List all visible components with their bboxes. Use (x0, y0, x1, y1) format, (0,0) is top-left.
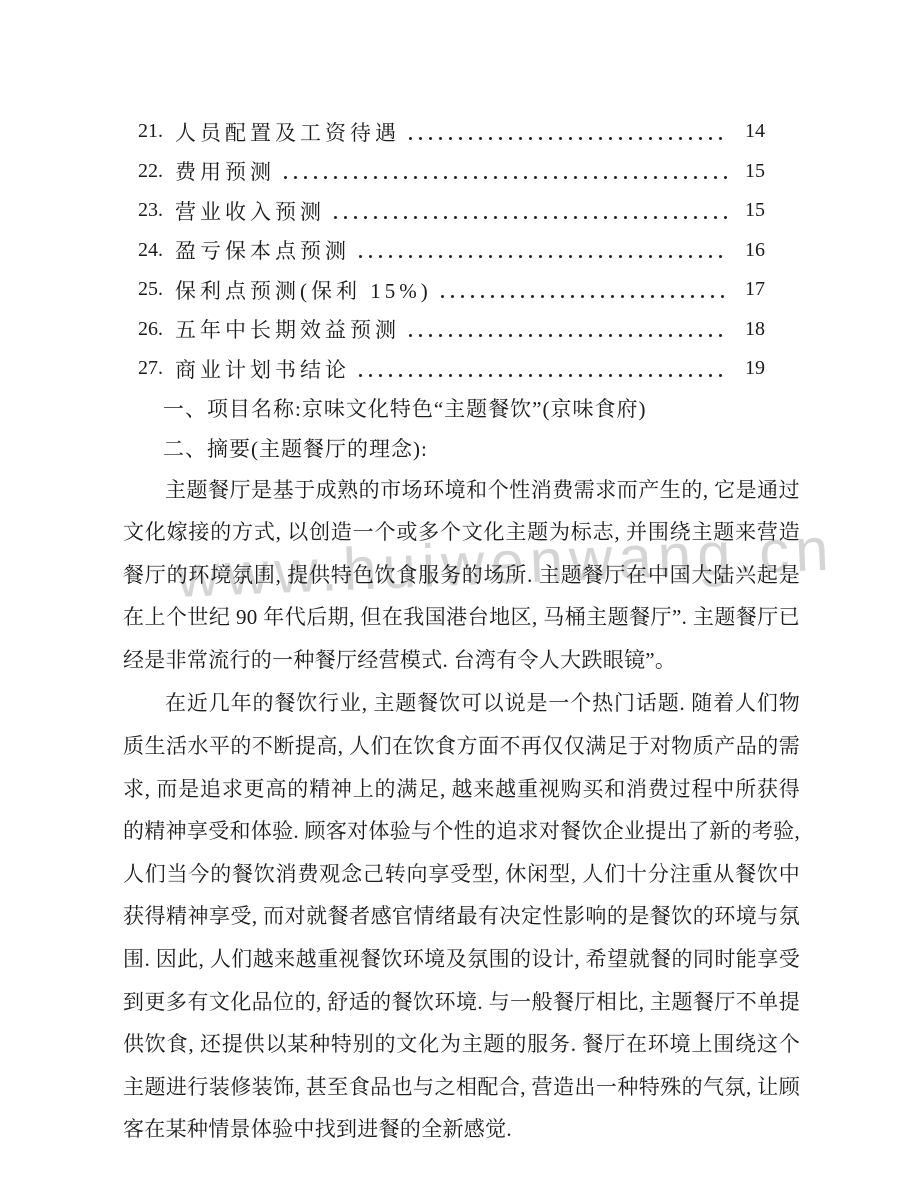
toc-entry-number: 27. (138, 357, 175, 380)
toc-entry-page-number: 18 (737, 318, 765, 341)
toc-entry-title: 营业收入预测 (175, 196, 325, 226)
toc-entry-number: 22. (138, 160, 175, 183)
toc-dot-leader (440, 294, 729, 299)
toc-entry: 26. 五年中长期效益预测 18 (123, 310, 765, 350)
toc-dot-leader (358, 373, 729, 378)
toc-entry-page-number: 15 (737, 160, 765, 183)
toc-dot-leader (408, 333, 729, 338)
table-of-contents: 21. 人员配置及工资待遇 14 22. 费用预测 15 23. 营业收入预测 (123, 112, 765, 389)
toc-entry-title: 五年中长期效益预测 (175, 314, 400, 344)
toc-dot-leader (283, 175, 729, 180)
toc-entry-number: 23. (138, 199, 175, 222)
document-page: www.huiwenwang.cn 21. 人员配置及工资待遇 14 22. 费… (0, 0, 920, 1191)
toc-entry-title: 人员配置及工资待遇 (175, 117, 400, 147)
toc-entry-number: 26. (138, 318, 175, 341)
body-paragraph-industry-trend: 在近几年的餐饮行业, 主题餐饮可以说是一个热门话题. 随着人们物质生活水平的不断… (123, 682, 800, 1151)
toc-entry: 25. 保利点预测(保利 15%) 17 (123, 270, 765, 310)
document-content: 21. 人员配置及工资待遇 14 22. 费用预测 15 23. 营业收入预测 (0, 0, 920, 1151)
toc-dot-leader (408, 136, 729, 141)
toc-entry-number: 21. (138, 120, 175, 143)
toc-entry-page-number: 16 (737, 239, 765, 262)
toc-entry-title: 盈亏保本点预测 (175, 235, 350, 265)
toc-entry-number: 25. (138, 278, 175, 301)
toc-entry-title: 费用预测 (175, 156, 275, 186)
toc-entry: 21. 人员配置及工资待遇 14 (123, 112, 765, 152)
toc-dot-leader (333, 215, 729, 220)
toc-entry-page-number: 14 (737, 120, 765, 143)
toc-entry-number: 24. (138, 239, 175, 262)
toc-entry-page-number: 17 (737, 278, 765, 301)
body-paragraph-theme-restaurant-intro: 主题餐厅是基于成熟的市场环境和个性消费需求而产生的, 它是通过文化嫁接的方式, … (123, 469, 800, 682)
toc-dot-leader (358, 254, 729, 259)
toc-entry-page-number: 19 (737, 357, 765, 380)
section-heading-project-name: 一、项目名称:京味文化特色“主题餐饮”(京味食府) (123, 389, 800, 429)
toc-entry: 22. 费用预测 15 (123, 152, 765, 192)
toc-entry-page-number: 15 (737, 199, 765, 222)
toc-entry: 27. 商业计划书结论 19 (123, 349, 765, 389)
toc-entry-title: 商业计划书结论 (175, 354, 350, 384)
toc-entry-title: 保利点预测(保利 15%) (175, 275, 432, 305)
section-heading-summary: 二、摘要(主题餐厅的理念): (123, 428, 800, 468)
toc-entry: 23. 营业收入预测 15 (123, 191, 765, 231)
toc-entry: 24. 盈亏保本点预测 16 (123, 231, 765, 271)
